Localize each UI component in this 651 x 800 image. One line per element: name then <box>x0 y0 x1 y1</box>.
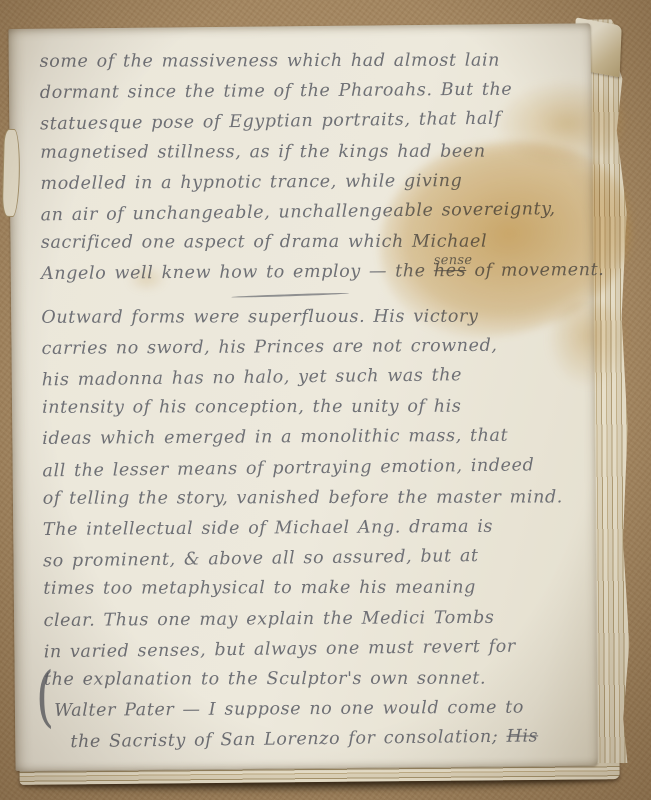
handwriting-line-with-correction: Angelo well knew how to employ — the hes… <box>41 256 586 290</box>
paper-tear <box>2 129 21 217</box>
handwriting-line: an air of unchangeable, unchallengeable … <box>41 194 586 231</box>
handwriting-line: Outward forms were superfluous. His vict… <box>41 301 586 333</box>
large-parenthesis: ( <box>36 664 55 730</box>
notebook: some of the massiveness which had almost… <box>4 13 633 787</box>
handwriting-line: intensity of his conception, the unity o… <box>42 392 587 424</box>
handwriting-line: all the lesser means of portraying emoti… <box>42 449 587 486</box>
manuscript-page: some of the massiveness which had almost… <box>8 23 597 771</box>
handwriting-line: times too metaphysical to make his meani… <box>43 573 588 605</box>
line-text: Angelo well knew how to employ — the <box>41 262 434 285</box>
line-text: the Sacristy of San Lorenzo for consolat… <box>70 727 506 752</box>
handwriting-line: in varied senses, but always one must re… <box>44 631 589 668</box>
handwriting-line: so prominent, & above all so assured, bu… <box>43 540 588 577</box>
handwriting-line: of telling the story, vanished before th… <box>43 482 588 514</box>
handwriting-line: the explanation to the Sculptor's own so… <box>44 663 589 695</box>
struck-word: hessense <box>434 261 467 281</box>
handwriting-line: his madonna has no halo, yet such was th… <box>42 359 587 396</box>
inserted-word: sense <box>434 246 473 276</box>
handwriting-line: ideas which emerged in a monolithic mass… <box>42 421 587 455</box>
handwritten-text: some of the massiveness which had almost… <box>40 44 590 756</box>
handwriting-line: clear. Thus one may explain the Medici T… <box>43 602 588 636</box>
handwriting-line: sacrificed one aspect of drama which Mic… <box>41 227 586 259</box>
notebook-photo: some of the massiveness which had almost… <box>0 0 651 800</box>
line-text: of movement. <box>466 260 604 281</box>
divider-line <box>231 292 349 298</box>
handwriting-line: some of the massiveness which had almost… <box>40 45 585 77</box>
handwriting-line: statuesque pose of Egyptian portraits, t… <box>40 103 585 140</box>
struck-word: His <box>506 727 538 747</box>
handwriting-line-with-strikethrough: the Sacristy of San Lorenzo for consolat… <box>70 721 589 758</box>
line-text: Walter Pater — I suppose no one would co… <box>54 698 524 721</box>
handwriting-line: magnetised stillness, as if the kings ha… <box>40 136 585 168</box>
